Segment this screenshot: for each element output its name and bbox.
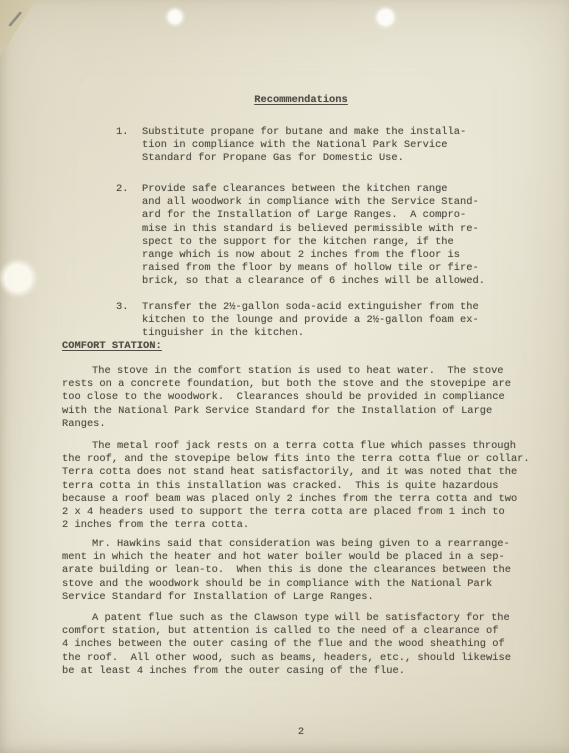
recommendation-item-2: 2. Provide safe clearances between the k… [62,183,540,289]
list-number: 1. [116,126,142,166]
punch-hole-icon [166,8,184,26]
scanned-document-page: Recommendations 1. Substitute propane fo… [0,0,569,753]
page-corner-fold [0,0,36,56]
document-title: Recommendations [62,94,540,107]
list-number: 3. [116,301,142,341]
page-number: 2 [62,726,540,739]
list-item-text: Substitute propane for butane and make t… [142,126,540,166]
paragraph: The metal roof jack rests on a terra cot… [62,440,540,532]
recommendation-item-3: 3. Transfer the 2½-gallon soda-acid exti… [62,301,540,341]
list-item-text: Provide safe clearances between the kitc… [142,183,540,289]
list-item-text: Transfer the 2½-gallon soda-acid extingu… [142,301,540,341]
paragraph: The stove in the comfort station is used… [62,365,540,431]
list-number: 2. [116,183,142,289]
section-heading: COMFORT STATION: [62,340,540,353]
punch-hole-icon [375,7,396,28]
paragraph: A patent flue such as the Clawson type w… [62,612,540,678]
paragraph: Mr. Hawkins said that consideration was … [62,538,540,604]
punch-hole-icon [4,264,32,292]
recommendation-item-1: 1. Substitute propane for butane and mak… [62,126,540,166]
